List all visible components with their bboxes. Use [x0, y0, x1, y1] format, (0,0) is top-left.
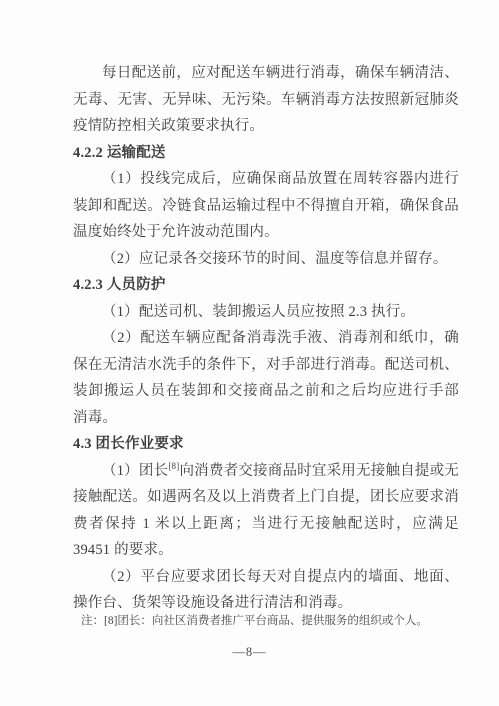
text-line: （1）配送司机、装卸搬运人员应按照 2.3 执行。 — [73, 299, 459, 326]
text-run: （1）配送司机、装卸搬运人员应按照 2.3 执行。 — [102, 304, 415, 320]
text-run: 费者保持 1 米以上距离；当进行无接触配送时，应满足 GB/T — [73, 516, 459, 538]
text-line: （2）配送车辆应配备消毒洗手液、消毒剂和纸巾，确 — [73, 325, 459, 352]
text-run: 接触配送。如遇两名及以上消费者上门自提，团长应要求消 — [73, 489, 459, 505]
heading-line: 4.2.3 人员防护 — [73, 272, 459, 299]
text-line: （1）团长[8]向消费者交接商品时宜采用无接触自提或无 — [73, 458, 459, 485]
text-line: （1）投线完成后，应确保商品放置在周转容器内进行 — [73, 166, 459, 193]
text-run: （2）应记录各交接环节的时间、温度等信息并留存。 — [102, 251, 448, 267]
text-run: 无毒、无害、无异味、无污染。车辆消毒方法按照新冠肺炎 — [73, 92, 459, 108]
heading-line: 4.2.2 运输配送 — [73, 140, 459, 167]
text-line: 39451 的要求。 — [73, 537, 459, 564]
text-run: 保在无清洁水洗手的条件下，对手部进行消毒。配送司机、 — [73, 357, 459, 373]
text-line: 装卸搬运人员在装卸和交接商品之前和之后均应进行手部 — [73, 378, 459, 405]
page-number: —8— — [0, 645, 499, 660]
text-run: 4.2.2 运输配送 — [73, 145, 166, 161]
text-run: 向消费者交接商品时宜采用无接触自提或无 — [179, 463, 459, 479]
document-page: 每日配送前，应对配送车辆进行消毒，确保车辆清洁、无毒、无害、无异味、无污染。车辆… — [0, 0, 499, 706]
text-line: 每日配送前，应对配送车辆进行消毒，确保车辆清洁、 — [73, 60, 459, 87]
text-line: 接触配送。如遇两名及以上消费者上门自提，团长应要求消 — [73, 484, 459, 511]
text-run: 消毒。 — [73, 410, 117, 426]
footnote: 注：[8]团长：向社区消费者推广平台商品、提供服务的组织或个人。 — [81, 613, 471, 629]
text-line: 费者保持 1 米以上距离；当进行无接触配送时，应满足 GB/T — [73, 511, 459, 538]
heading-line: 4.3 团长作业要求 — [73, 431, 459, 458]
text-run: 每日配送前，应对配送车辆进行消毒，确保车辆清洁、 — [102, 65, 459, 81]
text-line: 无毒、无害、无异味、无污染。车辆消毒方法按照新冠肺炎 — [73, 87, 459, 114]
footnote-ref: [8] — [168, 461, 179, 471]
text-line: 温度始终处于允许波动范围内。 — [73, 219, 459, 246]
text-run: 温度始终处于允许波动范围内。 — [73, 224, 279, 240]
text-line: 消毒。 — [73, 405, 459, 432]
document-body: 每日配送前，应对配送车辆进行消毒，确保车辆清洁、无毒、无害、无异味、无污染。车辆… — [73, 60, 459, 617]
text-line: 疫情防控相关政策要求执行。 — [73, 113, 459, 140]
text-line: 保在无清洁水洗手的条件下，对手部进行消毒。配送司机、 — [73, 352, 459, 379]
text-run: （2）配送车辆应配备消毒洗手液、消毒剂和纸巾，确 — [102, 330, 459, 346]
text-run: （1）投线完成后，应确保商品放置在周转容器内进行 — [102, 171, 459, 187]
text-run: （2）平台应要求团长每天对自提点内的墙面、地面、 — [102, 569, 459, 585]
text-run: 39451 的要求。 — [73, 542, 173, 558]
text-run: 装卸搬运人员在装卸和交接商品之前和之后均应进行手部 — [73, 383, 459, 399]
text-line: （2）应记录各交接环节的时间、温度等信息并留存。 — [73, 246, 459, 273]
text-run: 操作台、货架等设施设备进行清洁和消毒。 — [73, 595, 352, 611]
text-line: 装卸和配送。冷链食品运输过程中不得擅自开箱，确保食品 — [73, 193, 459, 220]
text-line: （2）平台应要求团长每天对自提点内的墙面、地面、 — [73, 564, 459, 591]
text-run: 装卸和配送。冷链食品运输过程中不得擅自开箱，确保食品 — [73, 198, 459, 214]
text-run: （1）团长 — [102, 463, 168, 479]
text-run: 疫情防控相关政策要求执行。 — [73, 118, 264, 134]
text-run: 4.3 团长作业要求 — [73, 436, 184, 452]
text-run: 4.2.3 人员防护 — [73, 277, 166, 293]
